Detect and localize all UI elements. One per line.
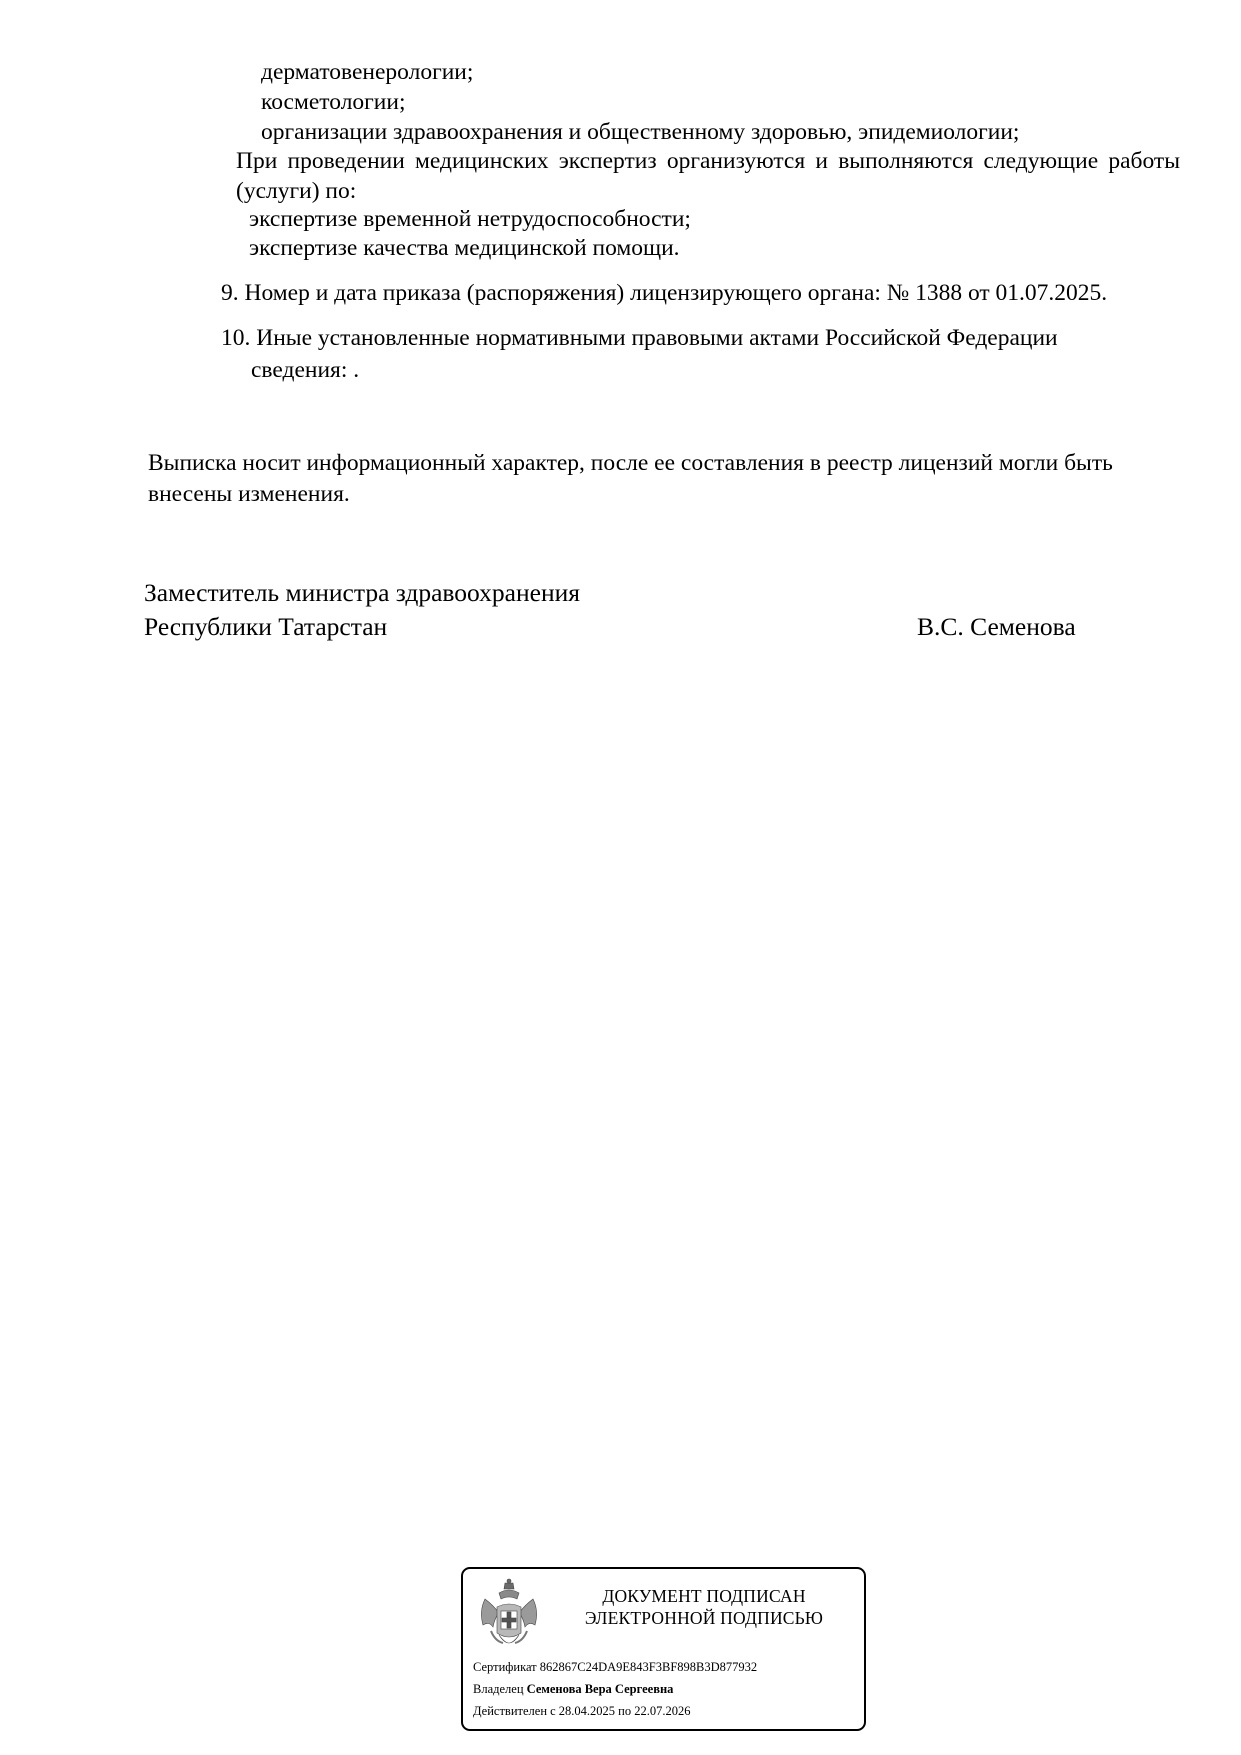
stamp-title-line1: ДОКУМЕНТ ПОДПИСАН — [559, 1585, 849, 1607]
signatory-title-line1: Заместитель министра здравоохранения — [144, 576, 580, 610]
owner-value: Семенова Вера Сергеевна — [527, 1682, 674, 1696]
item-10-line1: 10. Иные установленные нормативными прав… — [221, 323, 1058, 353]
list-item: экспертизе качества медицинской помощи. — [249, 233, 680, 263]
list-item: экспертизе временной нетрудоспособности; — [249, 204, 691, 234]
item-10-line2: сведения: . — [251, 355, 359, 385]
signatory-name: В.С. Семенова — [917, 610, 1076, 644]
list-item: косметологии; — [261, 87, 406, 117]
stamp-title-line2: ЭЛЕКТРОННОЙ ПОДПИСЬЮ — [559, 1607, 849, 1629]
disclaimer-line2: внесены изменения. — [148, 479, 350, 509]
owner-line: Владелец Семенова Вера Сергеевна — [473, 1681, 673, 1697]
expertise-intro: При проведении медицинских экспертиз орг… — [236, 146, 1180, 206]
signatory-title-line2: Республики Татарстан — [144, 610, 387, 644]
coat-of-arms-icon — [477, 1577, 541, 1653]
certificate-line: Сертификат 862867C24DA9E843F3BF898B3D877… — [473, 1659, 757, 1675]
certificate-value: 862867C24DA9E843F3BF898B3D877932 — [540, 1660, 757, 1674]
validity-line: Действителен с 28.04.2025 по 22.07.2026 — [473, 1703, 691, 1719]
disclaimer-line1: Выписка носит информационный характер, п… — [148, 448, 1113, 478]
item-9: 9. Номер и дата приказа (распоряжения) л… — [221, 278, 1107, 308]
list-item: дерматовенерологии; — [261, 57, 473, 87]
owner-label: Владелец — [473, 1682, 524, 1696]
list-item: организации здравоохранения и общественн… — [261, 117, 1019, 147]
electronic-signature-stamp: ДОКУМЕНТ ПОДПИСАН ЭЛЕКТРОННОЙ ПОДПИСЬЮ С… — [461, 1567, 866, 1731]
certificate-label: Сертификат — [473, 1660, 537, 1674]
stamp-title: ДОКУМЕНТ ПОДПИСАН ЭЛЕКТРОННОЙ ПОДПИСЬЮ — [559, 1585, 849, 1629]
